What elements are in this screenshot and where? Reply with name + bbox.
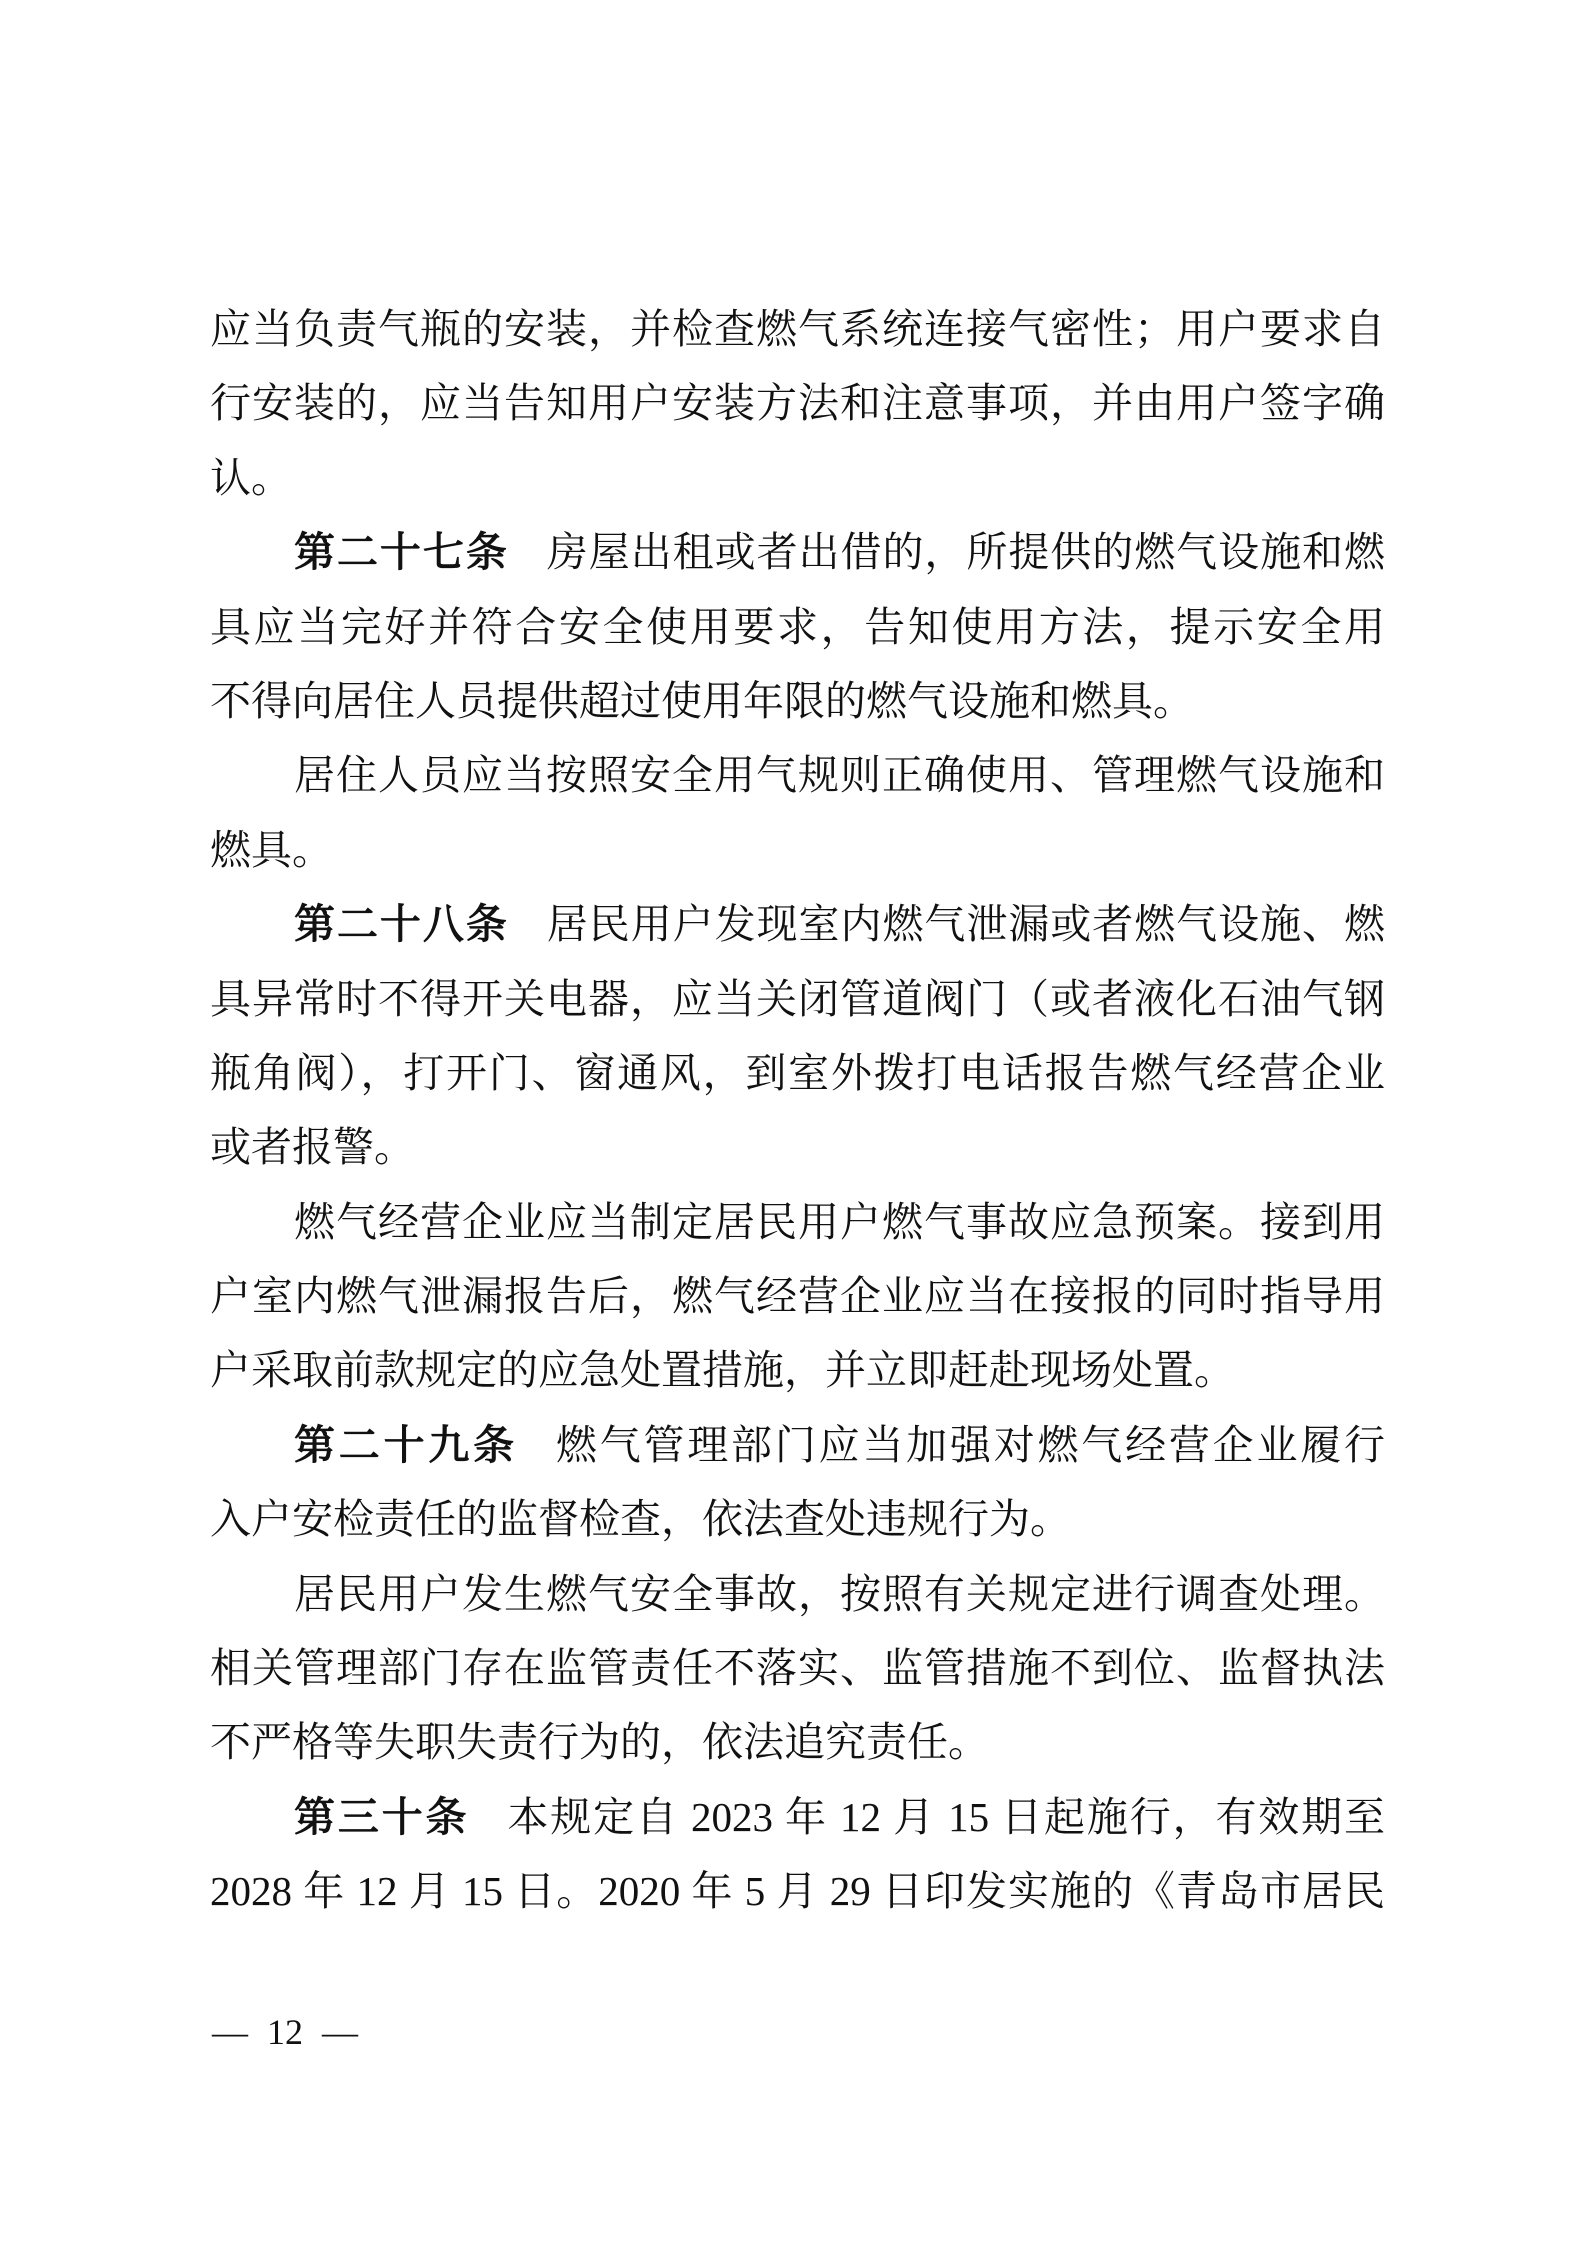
text-line: 具应当完好并符合安全使用要求，告知使用方法，提示安全用气。 <box>210 590 1385 664</box>
text-line: 行安装的，应当告知用户安装方法和注意事项，并由用户签字确 <box>210 366 1385 440</box>
text-line: 不严格等失职失责行为的，依法追究责任。 <box>210 1705 1385 1779</box>
text-line: 燃气经营企业应当制定居民用户燃气事故应急预案。接到用 <box>210 1185 1385 1259</box>
text-line: 入户安检责任的监督检查，依法查处违规行为。 <box>210 1482 1385 1556</box>
text-line: 应当负责气瓶的安装，并检查燃气系统连接气密性；用户要求自 <box>210 292 1385 366</box>
text-line: 户室内燃气泄漏报告后，燃气经营企业应当在接报的同时指导用 <box>210 1259 1385 1333</box>
text-line: 不得向居住人员提供超过使用年限的燃气设施和燃具。 <box>210 664 1385 738</box>
text-line: 户采取前款规定的应急处置措施，并立即赶赴现场处置。 <box>210 1333 1385 1407</box>
text-line: 第三十条本规定自 2023 年 12 月 15 日起施行，有效期至 <box>210 1780 1385 1854</box>
text-line: 第二十八条居民用户发现室内燃气泄漏或者燃气设施、燃 <box>210 887 1385 961</box>
article-heading: 第二十九条 <box>294 1422 518 1468</box>
text-line: 居住人员应当按照安全用气规则正确使用、管理燃气设施和 <box>210 738 1385 812</box>
article-heading: 第二十七条 <box>294 529 509 575</box>
document-page: 应当负责气瓶的安装，并检查燃气系统连接气密性；用户要求自行安装的，应当告知用户安… <box>0 0 1587 2245</box>
text-line: 燃具。 <box>210 813 1385 887</box>
text-line: 第二十九条燃气管理部门应当加强对燃气经营企业履行 <box>210 1408 1385 1482</box>
text-line: 或者报警。 <box>210 1110 1385 1184</box>
text-line: 具异常时不得开关电器，应当关闭管道阀门（或者液化石油气钢 <box>210 962 1385 1036</box>
text-line: 2028 年 12 月 15 日。2020 年 5 月 29 日印发实施的《青岛… <box>210 1854 1385 1928</box>
text-line: 相关管理部门存在监管责任不落实、监管措施不到位、监督执法 <box>210 1631 1385 1705</box>
document-body: 应当负责气瓶的安装，并检查燃气系统连接气密性；用户要求自行安装的，应当告知用户安… <box>210 292 1385 1929</box>
text-line: 居民用户发生燃气安全事故，按照有关规定进行调查处理。 <box>210 1557 1385 1631</box>
text-line: 认。 <box>210 441 1385 515</box>
article-heading: 第二十八条 <box>294 901 509 947</box>
article-heading: 第三十条 <box>294 1794 469 1840</box>
page-number: — 12 — <box>212 2008 358 2056</box>
text-line: 第二十七条房屋出租或者出借的，所提供的燃气设施和燃 <box>210 515 1385 589</box>
text-line: 瓶角阀），打开门、窗通风，到室外拨打电话报告燃气经营企业 <box>210 1036 1385 1110</box>
